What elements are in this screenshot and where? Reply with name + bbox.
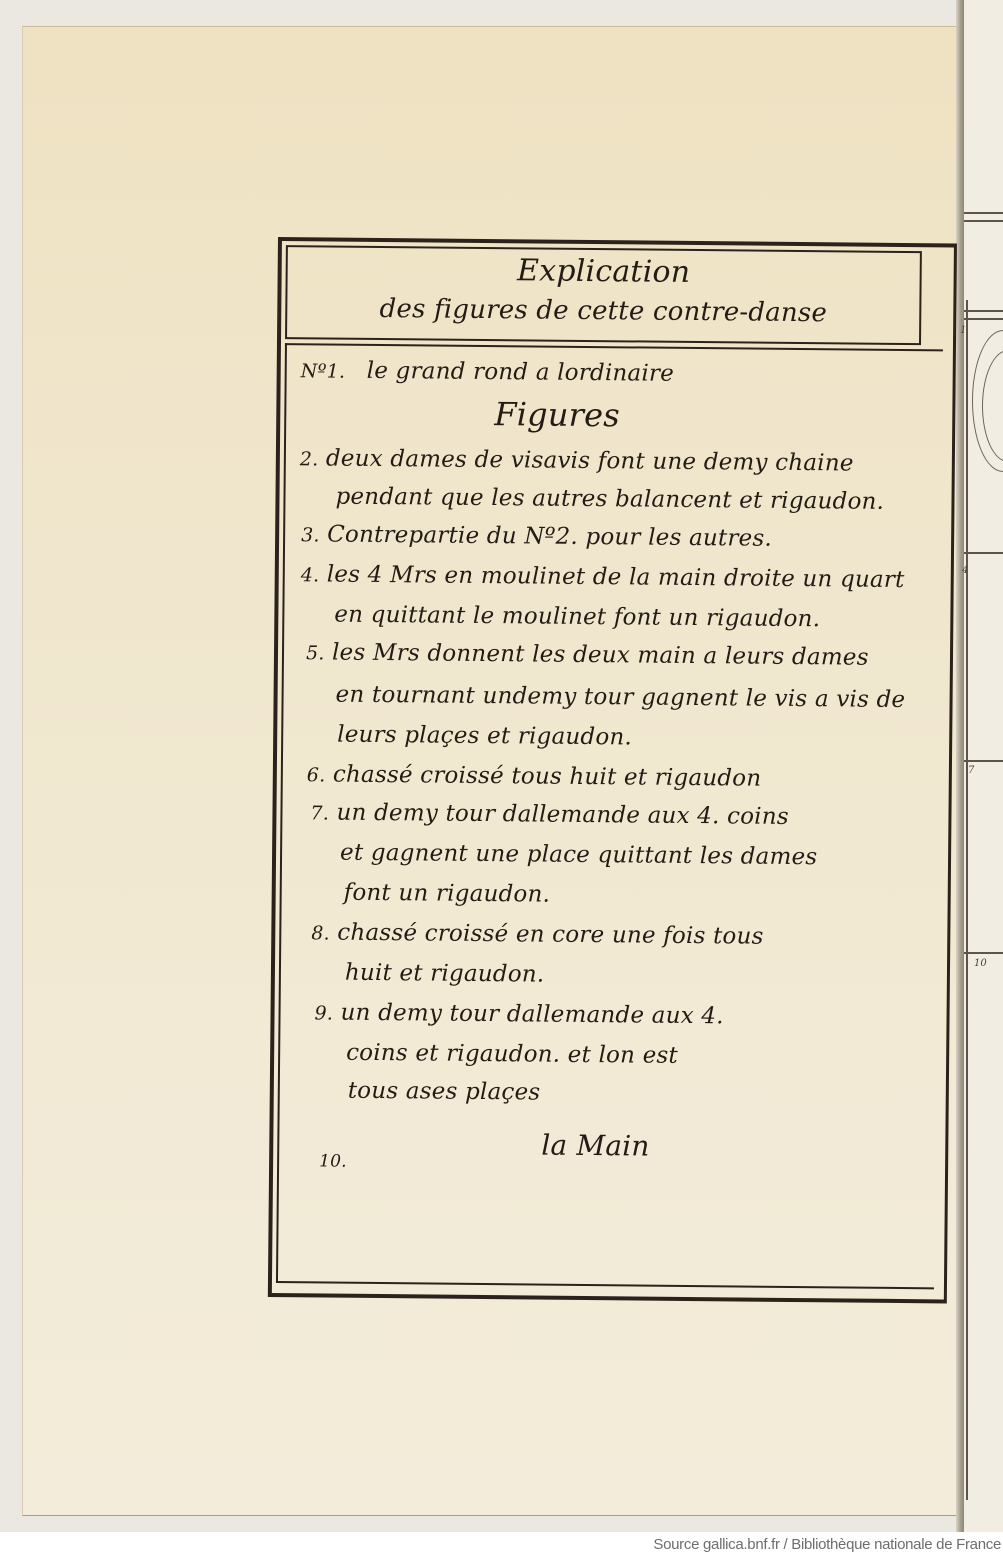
facing-page-label: 4 [962, 565, 968, 576]
figure-5: 5. les Mrs donnent les deux main a leurs… [306, 641, 869, 669]
figure-text: Contrepartie du Nº2. pour les autres. [327, 521, 772, 551]
figure-9-line-2: coins et rigaudon. et lon est [346, 1042, 678, 1068]
figure-number: 9. [314, 1002, 333, 1024]
book-gutter [956, 0, 964, 1532]
source-credit: Source gallica.bnf.fr / Bibliothèque nat… [653, 1536, 1001, 1553]
facing-page-rule [964, 212, 1003, 214]
figure-1: Nº1. le grand rond a lordinaire [301, 359, 674, 386]
figures-box: Nº1. le grand rond a lordinaire Figures … [276, 343, 943, 1289]
figure-8-line-2: huit et rigaudon. [345, 962, 545, 987]
figure-number: 6. [307, 764, 326, 786]
facing-page-label: 7 [968, 765, 974, 776]
figure-10-text: la Main [541, 1132, 650, 1161]
figure-text: deux dames de visavis font une demy chai… [326, 445, 854, 476]
figure-number: 4. [301, 564, 320, 586]
figure-6: 6. chassé croissé tous huit et rigaudon [307, 763, 762, 790]
facing-page-rule [964, 760, 1003, 762]
facing-page-rule [964, 318, 1003, 320]
figure-number: 8. [311, 922, 330, 944]
figure-text: chassé croissé en core une fois tous [337, 920, 763, 950]
figure-text: chassé croissé tous huit et rigaudon [333, 762, 762, 792]
document-subtitle: des figures de cette contre-danse [287, 293, 919, 329]
figure-number: 5. [306, 642, 325, 664]
figure-text: les Mrs donnent les deux main a leurs da… [332, 640, 869, 671]
engraved-plate: Explication des figures de cette contre-… [268, 237, 954, 1303]
figure-9: 9. un demy tour dallemande aux 4. [314, 1001, 723, 1028]
title-cartouche: Explication des figures de cette contre-… [285, 245, 922, 345]
facing-page-label: 1 [960, 325, 966, 336]
figure-5-line-3: leurs plaçes et rigaudon. [337, 724, 632, 750]
facing-page-label: 10 [974, 958, 987, 969]
figure-2: 2. deux dames de visavis font une demy c… [300, 447, 854, 475]
document-title: Explication [288, 251, 920, 292]
figure-number: 3. [301, 524, 320, 546]
facing-page-edge: 1 4 7 10 [964, 0, 1003, 1532]
figure-text: les 4 Mrs en moulinet de la main droite … [327, 561, 905, 593]
figure-7: 7. un demy tour dallemande aux 4. coins [310, 801, 789, 829]
facing-page-rule [964, 220, 1003, 222]
facing-page-rule [964, 952, 1003, 954]
facing-page-rule [964, 552, 1003, 554]
figure-4: 4. les 4 Mrs en moulinet de la main droi… [301, 563, 905, 592]
figure-2-line-2: pendant que les autres balancent et riga… [335, 486, 884, 514]
figure-number: Nº1. [301, 360, 346, 382]
figure-9-line-3: tous ases plaçes [348, 1080, 541, 1105]
figure-7-line-2: et gagnent une place quittant les dames [340, 842, 817, 870]
figure-number: 7. [310, 802, 329, 824]
figure-number: 2. [300, 448, 319, 470]
section-heading: Figures [494, 395, 620, 434]
figure-text: un demy tour dallemande aux 4. coins [336, 800, 789, 830]
figure-10-number: 10. [319, 1153, 347, 1170]
facing-page-rule [964, 310, 1003, 312]
figure-8: 8. chassé croissé en core une fois tous [311, 921, 763, 948]
figure-5-line-2: en tournant undemy tour gagnent le vis a… [335, 684, 905, 712]
figure-3: 3. Contrepartie du Nº2. pour les autres. [301, 523, 772, 551]
figure-text: un demy tour dallemande aux 4. [340, 1000, 723, 1030]
facing-page-frame-line [966, 300, 968, 1500]
figure-text: le grand rond a lordinaire [367, 358, 674, 387]
figure-7-line-3: font un rigaudon. [344, 882, 551, 907]
figure-4-line-2: en quittant le moulinet font un rigaudon… [334, 604, 820, 632]
